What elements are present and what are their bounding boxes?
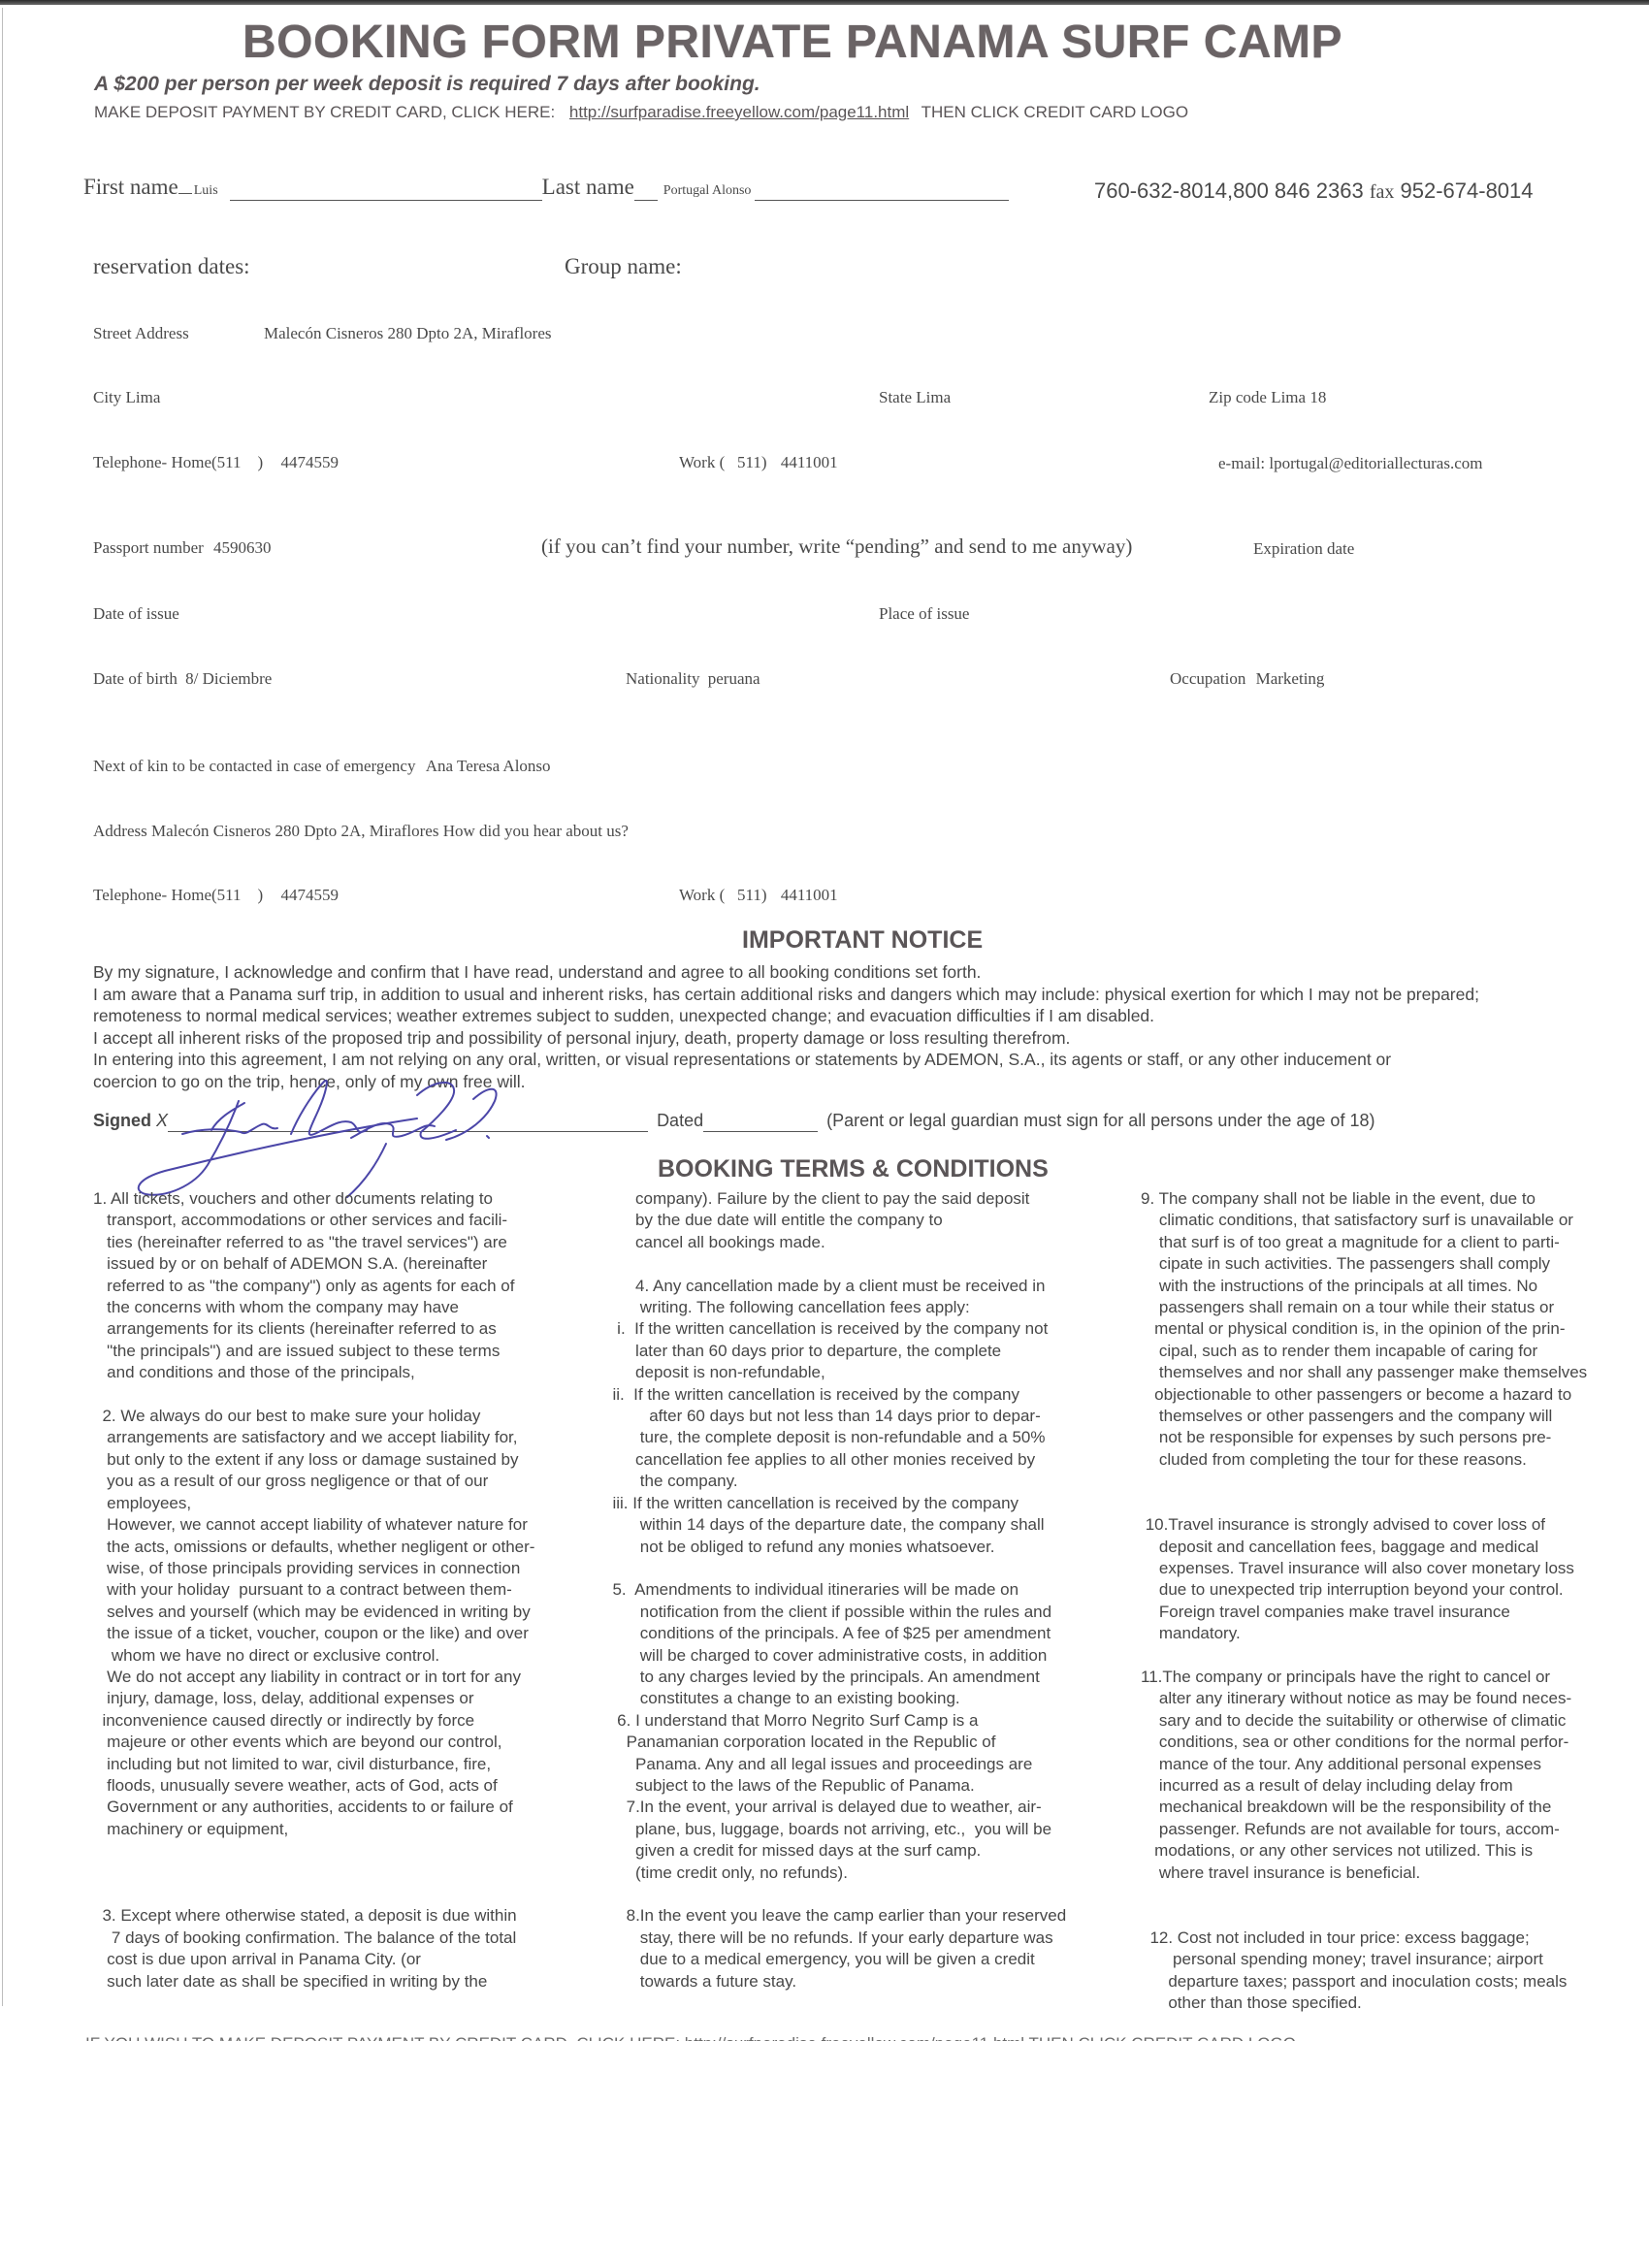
terms-line: 7.In the event, your arrival is delayed … bbox=[603, 1797, 1066, 1818]
terms-line: ties (hereinafter referred to as "the tr… bbox=[93, 1232, 534, 1253]
tel-home-label: Telephone- Home bbox=[93, 453, 211, 471]
tel-work-field[interactable]: 4411001 bbox=[781, 453, 838, 471]
terms-line: conditions of the principals. A fee of $… bbox=[603, 1623, 1066, 1644]
terms-line: cipate in such activities. The passenger… bbox=[1141, 1253, 1587, 1275]
phone-numbers: 760-632-8014,800 846 2363 bbox=[1094, 178, 1364, 203]
terms-line: including but not limited to war, civil … bbox=[93, 1754, 534, 1775]
terms-line: injury, damage, loss, delay, additional … bbox=[93, 1688, 534, 1709]
terms-line: with the instructions of the principals … bbox=[1141, 1276, 1587, 1297]
terms-line: cluded from completing the tour for thes… bbox=[1141, 1449, 1587, 1471]
terms-line: We do not accept any liability in contra… bbox=[93, 1667, 534, 1688]
tel-home-field[interactable]: 4474559 bbox=[280, 453, 339, 471]
how-heard-label: How did you hear about us? bbox=[443, 822, 629, 840]
nationality-field[interactable]: peruana bbox=[708, 669, 760, 688]
terms-line bbox=[93, 1884, 534, 1905]
terms-line: "the principals") and are issued subject… bbox=[93, 1341, 534, 1362]
notice-line: I accept all inherent risks of the propo… bbox=[93, 1027, 1479, 1050]
dob-row: Date of birth 8/ Diciembre bbox=[93, 669, 272, 689]
terms-line bbox=[93, 1863, 534, 1884]
terms-line: with your holiday pursuant to a contract… bbox=[93, 1579, 534, 1601]
kin-tel-home-area: (511 ) bbox=[211, 886, 263, 904]
notice-line: In entering into this agreement, I am no… bbox=[93, 1049, 1479, 1071]
terms-line: themselves and nor shall any passenger m… bbox=[1141, 1362, 1587, 1383]
kin-address-row: Address Malecón Cisneros 280 Dpto 2A, Mi… bbox=[93, 822, 629, 841]
state-row: State Lima bbox=[879, 388, 951, 407]
terms-line: Foreign travel companies make travel ins… bbox=[1141, 1602, 1587, 1623]
terms-line: within 14 days of the departure date, th… bbox=[603, 1514, 1066, 1536]
terms-line: climatic conditions, that satisfactory s… bbox=[1141, 1210, 1587, 1231]
deposit-note: A $200 per person per week deposit is re… bbox=[94, 73, 760, 96]
terms-line: the concerns with whom the company may h… bbox=[93, 1297, 534, 1318]
terms-line: majeure or other events which are beyond… bbox=[93, 1732, 534, 1753]
terms-line: deposit and cancellation fees, baggage a… bbox=[1141, 1537, 1587, 1558]
terms-line: towards a future stay. bbox=[603, 1971, 1066, 1993]
terms-line: the acts, omissions or defaults, whether… bbox=[93, 1537, 534, 1558]
handwritten-signature bbox=[126, 1072, 630, 1198]
street-address-field[interactable]: Malecón Cisneros 280 Dpto 2A, Miraflores bbox=[264, 324, 552, 343]
state-label: State bbox=[879, 388, 912, 406]
terms-line: 11.The company or principals have the ri… bbox=[1141, 1667, 1587, 1688]
terms-line: departure taxes; passport and inoculatio… bbox=[1141, 1971, 1587, 1993]
underline bbox=[755, 175, 1009, 201]
terms-line: employees, bbox=[93, 1493, 534, 1514]
terms-line: cipal, such as to render them incapable … bbox=[1141, 1341, 1587, 1362]
payment-instruction: MAKE DEPOSIT PAYMENT BY CREDIT CARD, CLI… bbox=[94, 103, 555, 121]
passport-field[interactable]: 4590630 bbox=[213, 538, 272, 557]
terms-line: mental or physical condition is, in the … bbox=[1141, 1318, 1587, 1340]
terms-line bbox=[1141, 1493, 1587, 1514]
occupation-label: Occupation bbox=[1170, 669, 1245, 688]
terms-line: 1. All tickets, vouchers and other docum… bbox=[93, 1188, 534, 1210]
terms-line: 3. Except where otherwise stated, a depo… bbox=[93, 1905, 534, 1927]
terms-line: 4. Any cancellation made by a client mus… bbox=[603, 1276, 1066, 1297]
passport-note: (if you can’t find your number, write “p… bbox=[541, 535, 1132, 559]
occupation-field[interactable]: Marketing bbox=[1256, 669, 1325, 688]
terms-line: conditions, sea or other conditions for … bbox=[1141, 1732, 1587, 1753]
last-name-field[interactable]: Portugal Alonso bbox=[663, 183, 752, 198]
footer-cut-payment-line: IF YOU WISH TO MAKE DEPOSIT PAYMENT BY C… bbox=[85, 2033, 1296, 2041]
terms-line: ii. If the written cancellation is recei… bbox=[603, 1384, 1066, 1406]
terms-line: Panamanian corporation located in the Re… bbox=[603, 1732, 1066, 1753]
passport-label: Passport number bbox=[93, 538, 204, 557]
terms-line: 2. We always do our best to make sure yo… bbox=[93, 1406, 534, 1427]
underline bbox=[178, 193, 192, 194]
scan-top-edge bbox=[0, 0, 1649, 5]
first-name-label: First name bbox=[83, 175, 178, 199]
important-notice-heading: IMPORTANT NOTICE bbox=[742, 926, 983, 955]
zip-field[interactable]: Lima 18 bbox=[1271, 388, 1326, 406]
terms-line: later than 60 days prior to departure, t… bbox=[603, 1341, 1066, 1362]
terms-line: themselves or other passengers and the c… bbox=[1141, 1406, 1587, 1427]
terms-line: 9. The company shall not be liable in th… bbox=[1141, 1188, 1587, 1210]
kin-tel-work-area: ( 511) bbox=[720, 886, 767, 904]
contact-phones: 760-632-8014,800 846 2363 fax 952-674-80… bbox=[1094, 178, 1534, 204]
terms-line: ture, the complete deposit is non-refund… bbox=[603, 1427, 1066, 1448]
fax-number: 952-674-8014 bbox=[1401, 178, 1534, 203]
terms-line: arrangements are satisfactory and we acc… bbox=[93, 1427, 534, 1448]
notice-line: I am aware that a Panama surf trip, in a… bbox=[93, 984, 1479, 1006]
terms-line: plane, bus, luggage, boards not arriving… bbox=[603, 1819, 1066, 1840]
terms-line bbox=[1141, 1645, 1587, 1667]
payment-after: THEN CLICK CREDIT CARD LOGO bbox=[921, 103, 1189, 121]
terms-line: 6. I understand that Morro Negrito Surf … bbox=[603, 1710, 1066, 1732]
zip-row: Zip code Lima 18 bbox=[1209, 388, 1326, 407]
city-field[interactable]: Lima bbox=[126, 388, 161, 406]
name-row: First nameLuis Last name Portugal Alonso bbox=[83, 175, 1009, 201]
place-of-issue-label: Place of issue bbox=[879, 604, 969, 624]
terms-line: issued by or on behalf of ADEMON S.A. (h… bbox=[93, 1253, 534, 1275]
terms-line: deposit is non-refundable, bbox=[603, 1362, 1066, 1383]
notice-line: By my signature, I acknowledge and confi… bbox=[93, 961, 1479, 984]
guardian-note: (Parent or legal guardian must sign for … bbox=[826, 1111, 1374, 1130]
dated-field[interactable] bbox=[703, 1111, 818, 1132]
terms-column-3: 9. The company shall not be liable in th… bbox=[1141, 1188, 1587, 2014]
dob-label: Date of birth bbox=[93, 669, 178, 688]
city-label: City bbox=[93, 388, 121, 406]
underline bbox=[634, 175, 658, 201]
tel-work-row: Work ( 511) 4411001 bbox=[679, 453, 838, 472]
terms-line: after 60 days but not less than 14 days … bbox=[603, 1406, 1066, 1427]
dob-field[interactable]: 8/ Diciembre bbox=[185, 669, 272, 688]
terms-line: machinery or equipment, bbox=[93, 1819, 534, 1840]
terms-line: due to a medical emergency, you will be … bbox=[603, 1949, 1066, 1970]
terms-line: cost is due upon arrival in Panama City.… bbox=[93, 1949, 534, 1970]
terms-line: mance of the tour. Any additional person… bbox=[1141, 1754, 1587, 1775]
email-field[interactable]: lportugal@editoriallecturas.com bbox=[1269, 454, 1482, 472]
terms-line: selves and yourself (which may be eviden… bbox=[93, 1602, 534, 1623]
terms-line bbox=[1141, 1471, 1587, 1492]
terms-line: the company. bbox=[603, 1471, 1066, 1492]
underline bbox=[230, 175, 542, 201]
terms-line: expenses. Travel insurance will also cov… bbox=[1141, 1558, 1587, 1579]
tel-work-label: Work bbox=[679, 453, 715, 471]
last-name-label: Last name bbox=[542, 175, 634, 199]
terms-line bbox=[1141, 1905, 1587, 1927]
terms-line: floods, unusually severe weather, acts o… bbox=[93, 1775, 534, 1797]
notice-line: remoteness to normal medical services; w… bbox=[93, 1005, 1479, 1027]
terms-line bbox=[603, 1558, 1066, 1579]
kin-address-field[interactable]: Malecón Cisneros 280 Dpto 2A, Miraflores bbox=[151, 822, 439, 840]
kin-tel-home-field[interactable]: 4474559 bbox=[280, 886, 339, 904]
terms-line: not be obliged to refund any monies what… bbox=[603, 1537, 1066, 1558]
next-of-kin-row: Next of kin to be contacted in case of e… bbox=[93, 757, 551, 776]
email-row: e-mail: lportugal@editoriallecturas.com bbox=[1218, 454, 1482, 473]
terms-line: sary and to decide the suitability or ot… bbox=[1141, 1710, 1587, 1732]
terms-line: cancel all bookings made. bbox=[603, 1232, 1066, 1253]
terms-line: will be charged to cover administrative … bbox=[603, 1645, 1066, 1667]
state-field[interactable]: Lima bbox=[916, 388, 951, 406]
terms-line: the issue of a ticket, voucher, coupon o… bbox=[93, 1623, 534, 1644]
street-address-label: Street Address bbox=[93, 324, 189, 343]
terms-line: However, we cannot accept liability of w… bbox=[93, 1514, 534, 1536]
kin-tel-work-field[interactable]: 4411001 bbox=[781, 886, 838, 904]
terms-line: 5. Amendments to individual itineraries … bbox=[603, 1579, 1066, 1601]
terms-line: constitutes a change to an existing book… bbox=[603, 1688, 1066, 1709]
payment-link[interactable]: http://surfparadise.freeyellow.com/page1… bbox=[569, 103, 909, 121]
terms-line: iii. If the written cancellation is rece… bbox=[603, 1493, 1066, 1514]
terms-line: mandatory. bbox=[1141, 1623, 1587, 1644]
terms-line: where travel insurance is beneficial. bbox=[1141, 1863, 1587, 1884]
fax-label: fax bbox=[1370, 181, 1395, 203]
terms-line: passenger. Refunds are not available for… bbox=[1141, 1819, 1587, 1840]
terms-line: personal spending money; travel insuranc… bbox=[1141, 1949, 1587, 1970]
tel-home-row: Telephone- Home(511 ) 4474559 bbox=[93, 453, 339, 472]
form-title: BOOKING FORM PRIVATE PANAMA SURF CAMP bbox=[242, 16, 1342, 69]
terms-heading: BOOKING TERMS & CONDITIONS bbox=[658, 1155, 1049, 1183]
kin-address-label: Address bbox=[93, 822, 147, 840]
terms-line bbox=[93, 1840, 534, 1862]
terms-line bbox=[1141, 1884, 1587, 1905]
terms-line: company). Failure by the client to pay t… bbox=[603, 1188, 1066, 1210]
terms-line: 8.In the event you leave the camp earlie… bbox=[603, 1905, 1066, 1927]
occupation-row: Occupation Marketing bbox=[1170, 669, 1324, 689]
terms-line: Government or any authorities, accidents… bbox=[93, 1797, 534, 1818]
kin-tel-home-label: Telephone- Home bbox=[93, 886, 211, 904]
city-row: City Lima bbox=[93, 388, 160, 407]
terms-line: inconvenience caused directly or indirec… bbox=[93, 1710, 534, 1732]
first-name-field[interactable]: Luis bbox=[194, 183, 218, 198]
terms-column-1: 1. All tickets, vouchers and other docum… bbox=[93, 1188, 534, 1993]
kin-tel-work-row: Work ( 511) 4411001 bbox=[679, 886, 838, 905]
terms-line: referred to as "the company") only as ag… bbox=[93, 1276, 534, 1297]
terms-line: you as a result of our gross negligence … bbox=[93, 1471, 534, 1492]
email-label: e-mail: bbox=[1218, 454, 1265, 472]
zip-label: Zip code bbox=[1209, 388, 1267, 406]
reservation-dates-label: reservation dates: bbox=[93, 254, 250, 279]
nationality-row: Nationality peruana bbox=[626, 669, 760, 689]
next-of-kin-field[interactable]: Ana Teresa Alonso bbox=[426, 757, 551, 775]
terms-line: alter any itinerary without notice as ma… bbox=[1141, 1688, 1587, 1709]
terms-line: mechanical breakdown will be the respons… bbox=[1141, 1797, 1587, 1818]
scan-left-edge bbox=[2, 8, 3, 2006]
terms-line: given a credit for missed days at the su… bbox=[603, 1840, 1066, 1862]
terms-line: arrangements for its clients (hereinafte… bbox=[93, 1318, 534, 1340]
nationality-label: Nationality bbox=[626, 669, 699, 688]
terms-line bbox=[93, 1384, 534, 1406]
kin-tel-work-label: Work bbox=[679, 886, 715, 904]
terms-line: subject to the laws of the Republic of P… bbox=[603, 1775, 1066, 1797]
terms-line: that surf is of too great a magnitude fo… bbox=[1141, 1232, 1587, 1253]
terms-line: i. If the written cancellation is receiv… bbox=[603, 1318, 1066, 1340]
kin-tel-home-row: Telephone- Home(511 ) 4474559 bbox=[93, 886, 339, 905]
tel-work-area: ( 511) bbox=[720, 453, 767, 471]
terms-line: not be responsible for expenses by such … bbox=[1141, 1427, 1587, 1448]
date-of-issue-label: Date of issue bbox=[93, 604, 179, 624]
terms-line: and conditions and those of the principa… bbox=[93, 1362, 534, 1383]
terms-line: (time credit only, no refunds). bbox=[603, 1863, 1066, 1884]
terms-line: 7 days of booking confirmation. The bala… bbox=[93, 1928, 534, 1949]
terms-line: by the due date will entitle the company… bbox=[603, 1210, 1066, 1231]
terms-line: incurred as a result of delay including … bbox=[1141, 1775, 1587, 1797]
terms-line: passengers shall remain on a tour while … bbox=[1141, 1297, 1587, 1318]
passport-row: Passport number 4590630 bbox=[93, 538, 272, 558]
terms-line: 12. Cost not included in tour price: exc… bbox=[1141, 1928, 1587, 1949]
dated-label: Dated bbox=[657, 1111, 703, 1130]
terms-line: Panama. Any and all legal issues and pro… bbox=[603, 1754, 1066, 1775]
terms-line: such later date as shall be specified in… bbox=[93, 1971, 534, 1993]
terms-line: whom we have no direct or exclusive cont… bbox=[93, 1645, 534, 1667]
tel-home-area: (511 ) bbox=[211, 453, 263, 471]
next-of-kin-label: Next of kin to be contacted in case of e… bbox=[93, 757, 415, 775]
terms-line: other than those specified. bbox=[1141, 1993, 1587, 2014]
terms-line bbox=[603, 1253, 1066, 1275]
terms-line: objectionable to other passengers or bec… bbox=[1141, 1384, 1587, 1406]
terms-line: but only to the extent if any loss or da… bbox=[93, 1449, 534, 1471]
terms-line bbox=[603, 1884, 1066, 1905]
terms-line: notification from the client if possible… bbox=[603, 1602, 1066, 1623]
terms-line: 10.Travel insurance is strongly advised … bbox=[1141, 1514, 1587, 1536]
terms-line: modations, or any other services not uti… bbox=[1141, 1840, 1587, 1862]
terms-line: writing. The following cancellation fees… bbox=[603, 1297, 1066, 1318]
group-name-label: Group name: bbox=[565, 254, 682, 279]
terms-line: due to unexpected trip interruption beyo… bbox=[1141, 1579, 1587, 1601]
terms-line: to any charges levied by the principals.… bbox=[603, 1667, 1066, 1688]
terms-line: wise, of those principals providing serv… bbox=[93, 1558, 534, 1579]
terms-line: cancellation fee applies to all other mo… bbox=[603, 1449, 1066, 1471]
terms-line: stay, there will be no refunds. If your … bbox=[603, 1928, 1066, 1949]
expiration-date-label: Expiration date bbox=[1253, 539, 1354, 559]
terms-line: transport, accommodations or other servi… bbox=[93, 1210, 534, 1231]
terms-column-2: company). Failure by the client to pay t… bbox=[603, 1188, 1066, 1993]
payment-instruction-line: MAKE DEPOSIT PAYMENT BY CREDIT CARD, CLI… bbox=[94, 103, 1188, 122]
